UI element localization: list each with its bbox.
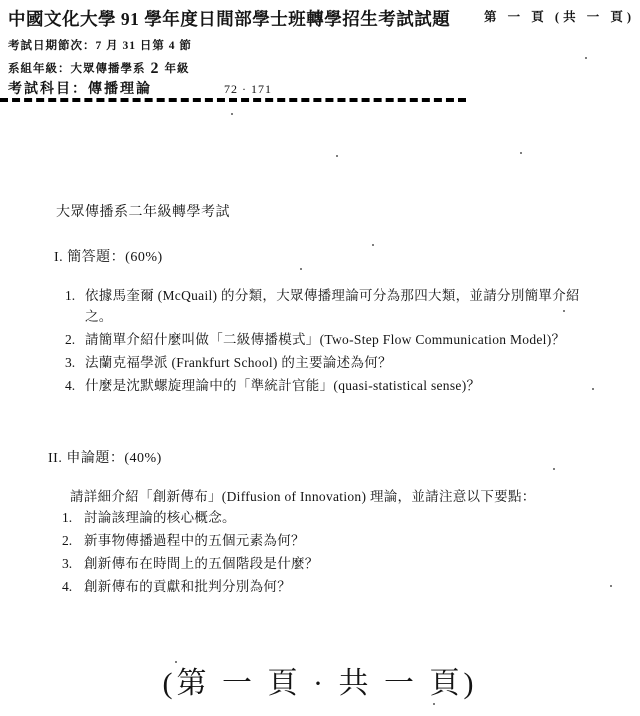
- department-prefix: 系組年級：大眾傳播學系: [8, 63, 146, 75]
- exam-date-line: 考試日期節次：7 月 31 日第 4 節: [8, 37, 192, 53]
- exam-subject-line: 考試科目：傳播理論: [8, 78, 152, 98]
- question-text: 新事物傳播過程中的五個元素為何？: [84, 530, 305, 552]
- question-number: 3.: [65, 352, 85, 373]
- document-number: 72 · 171: [224, 82, 272, 97]
- grade-number: 2: [146, 60, 165, 77]
- question-number: 3.: [62, 553, 84, 575]
- scan-speckle: [175, 661, 177, 663]
- scan-speckle: [433, 703, 435, 705]
- scan-speckle: [553, 468, 555, 470]
- document-title: 中國文化大學 91 學年度日間部學士班轉學招生考試試題: [8, 6, 450, 31]
- scan-speckle: [520, 152, 522, 154]
- question-item: 3. 創新傳布在時間上的五個階段是什麼？: [62, 553, 582, 575]
- scan-speckle: [336, 155, 338, 157]
- question-item: 1. 依據馬奎爾 (McQuail) 的分類，大眾傳播理論可分為那四大類，並請分…: [65, 285, 595, 327]
- question-text: 創新傳布在時間上的五個階段是什麼？: [84, 553, 319, 575]
- question-item: 4. 什麼是沈默螺旋理論中的「準統計官能」(quasi-statistical …: [65, 375, 595, 396]
- question-text: 法蘭克福學派 (Frankfurt School) 的主要論述為何？: [85, 352, 392, 373]
- scan-speckle: [300, 268, 302, 270]
- question-item: 3. 法蘭克福學派 (Frankfurt School) 的主要論述為何？: [65, 352, 595, 373]
- question-item: 1. 討論該理論的核心概念。: [62, 507, 582, 529]
- scan-speckle: [610, 585, 612, 587]
- question-number: 1.: [62, 507, 84, 529]
- exam-paper-page: 中國文化大學 91 學年度日間部學士班轉學招生考試試題 第 一 頁 (共 一 頁…: [0, 0, 640, 716]
- question-number: 2.: [65, 329, 85, 350]
- header-divider-dashed-rule: [0, 98, 466, 102]
- question-number: 2.: [62, 530, 84, 552]
- section-2-intro: 請詳細介紹「創新傳布」(Diffusion of Innovation) 理論，…: [70, 486, 615, 507]
- question-text: 創新傳布的貢獻和批判分別為何？: [84, 576, 291, 598]
- section-1-heading: I. 簡答題：(60%): [54, 246, 163, 266]
- question-text: 請簡單介紹什麼叫做「二級傳播模式」(Two-Step Flow Communic…: [85, 329, 565, 350]
- question-number: 4.: [65, 375, 85, 396]
- department-grade-line: 系組年級：大眾傳播學系2年級: [8, 59, 190, 77]
- scan-speckle: [585, 57, 587, 59]
- section-2-question-list: 1. 討論該理論的核心概念。 2. 新事物傳播過程中的五個元素為何？ 3. 創新…: [62, 507, 582, 599]
- department-suffix: 年級: [165, 63, 190, 75]
- question-text: 討論該理論的核心概念。: [84, 507, 236, 529]
- question-item: 4. 創新傳布的貢獻和批判分別為何？: [62, 576, 582, 598]
- page-footer-note: (第 一 頁 · 共 一 頁): [0, 658, 640, 702]
- scan-speckle: [231, 113, 233, 115]
- question-number: 4.: [62, 576, 84, 598]
- section-1-question-list: 1. 依據馬奎爾 (McQuail) 的分類，大眾傳播理論可分為那四大類，並請分…: [65, 285, 595, 398]
- scan-speckle: [592, 388, 594, 390]
- exam-body-title: 大眾傳播系二年級轉學考試: [56, 201, 230, 221]
- question-item: 2. 請簡單介紹什麼叫做「二級傳播模式」(Two-Step Flow Commu…: [65, 329, 595, 350]
- question-text: 什麼是沈默螺旋理論中的「準統計官能」(quasi-statistical sen…: [85, 375, 480, 396]
- section-2-heading: II. 申論題：(40%): [48, 447, 162, 467]
- question-text: 依據馬奎爾 (McQuail) 的分類，大眾傳播理論可分為那四大類，並請分別簡單…: [85, 285, 587, 327]
- question-item: 2. 新事物傳播過程中的五個元素為何？: [62, 530, 582, 552]
- question-number: 1.: [65, 285, 85, 306]
- page-marker: 第 一 頁 (共 一 頁): [484, 7, 635, 25]
- scan-speckle: [563, 310, 565, 312]
- scan-speckle: [372, 244, 374, 246]
